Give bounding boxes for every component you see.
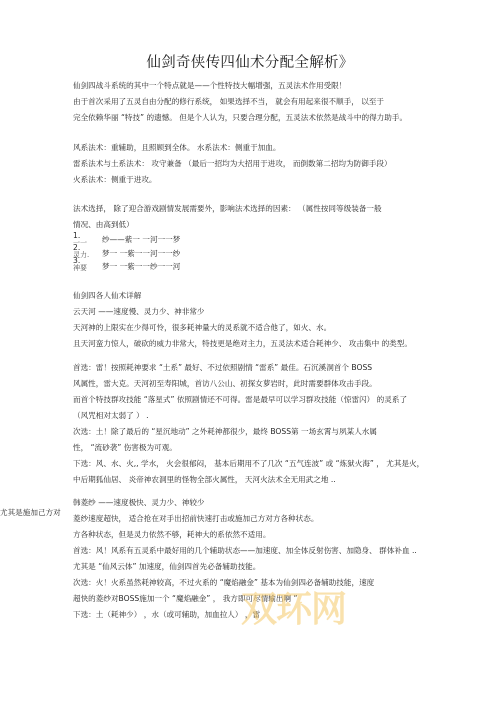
ranking-sequence: 梦一 一紫一一纱一一河 [102,262,180,272]
ranking-number: 3. 神要 [73,257,95,273]
tianhe-choice-line: 风属性，雷大克。天河初至寿阳城，首访八公山、初探女萝岩时，此时需要群体攻击手段。 [73,379,377,389]
element-line: 火系法术：侧重于进攻。 [73,175,157,185]
page-title: 仙剑奇侠传四仙术分配全解析》 [0,51,500,72]
selection-line: 法术选择， 除了迎合游戏剧情发展需要外，影响法术选择的因素： （属性按同等级装备… [73,204,382,214]
tianhe-choice-line: 中后期狐仙居、 炎帝神农洞里的怪物全部火属性， 天河火法术全无用武之地 .. [73,475,336,485]
intro-line: 由于首次采用了五灵自由分配的修行系统， 如果选择不当， 就会有用起来很不顺手， … [73,97,384,107]
element-line: 雷系法术与土系法术： 攻守兼备 （最后一招均为大招用于进攻， 而倒数第二招均为防… [73,159,392,169]
selection-line: 情况、由高到低） [73,220,134,230]
element-line: 风系法术：重辅助，且照顾到全体。 水系法术：侧重于加血。 [73,143,280,153]
side-note: 尤其是施加己方对 [0,508,61,518]
tianhe-choice-line: 而首个特技群攻技能 “落星式” 依照剧情还不可得。雷是最早可以学习群攻技能（惊雷… [73,395,407,405]
tianhe-line: 天河神的上限实在少得可怜，很多耗神量大的灵系就不适合他了，如火、水。 [73,323,331,333]
tianhe-choice-line: 下选：风、水、火,, 学水， 火会很郁闷， 基本后期用不了几次 “五气连波” 或… [73,459,424,469]
lingsha-line: 尤其是 “仙风云体” 加速度，仙剑四首先必备辅助技能。 [73,562,260,572]
intro-line: 仙剑四战斗系统的其中一个特点就是——个性特技大幅增强，五灵法术作用受限！ [73,81,346,91]
intro-line: 完全依赖华丽 “特技” 的遗憾。 但是个人认为，只要合理分配，五灵法术依然是战斗… [73,113,407,123]
lingsha-line: 首选：风！风系有五灵系中最好用的几个辅助状态——加速度、加全体反射伤害、加隐身、… [73,546,417,556]
tianhe-choice-line: 首选：雷！按照耗神要求 “土系” 最好、不过依照剧情 “雷系” 最佳。石沉溪洞首… [73,363,372,373]
tianhe-choice-line: 性， “流砂袭” 伤害极为可观。 [73,443,177,453]
tianhe-line: 云天河 ——速度慢、灵力少、神非常少 [73,307,205,317]
lingsha-line: 方各种状态，但是灵力依然不够，耗神大的系依然不适用。 [73,530,270,540]
lingsha-line: 次选：火！火系虽然耗神较高，不过火系的 “魔焰融金” 基本为仙剑四必备辅助技能，… [73,578,374,588]
document-page: 仙剑奇侠传四仙术分配全解析》 仙剑四战斗系统的其中一个特点就是——个性特技大幅增… [0,0,500,708]
tianhe-choice-line: 次选：土！除了最后的 “星沉地动” 之外耗神都很少，最终 BOSS第 一场玄霄与… [73,427,377,437]
watermark: 双环网 [241,590,346,630]
lingsha-line: 韩菱纱 ——速度极快、灵力少、神较少 [73,498,205,508]
tianhe-choice-line: （风咒相对太弱了 ） . [73,411,149,421]
ranking-sequence: 梦一 一紫一一河一一纱 [102,249,180,259]
lingsha-line: 菱纱速度超快， 适合抢在对手出招前快速打击或施加己方对方各种状态。 [73,514,318,524]
ranking-sequence: 纱——紫一 一河一一梦 [102,235,180,245]
tianhe-line: 且天河蛮力惊人，破砍的威力非常大，特技更是绝对主力，五灵法术适合耗神少、 攻击集… [73,339,412,349]
lingsha-line: 下选：土（耗神少） ，水（或可辅助，加血拉人） ，雷 [73,610,260,620]
section-title: 仙剑四各人仙术详解 [73,291,141,301]
